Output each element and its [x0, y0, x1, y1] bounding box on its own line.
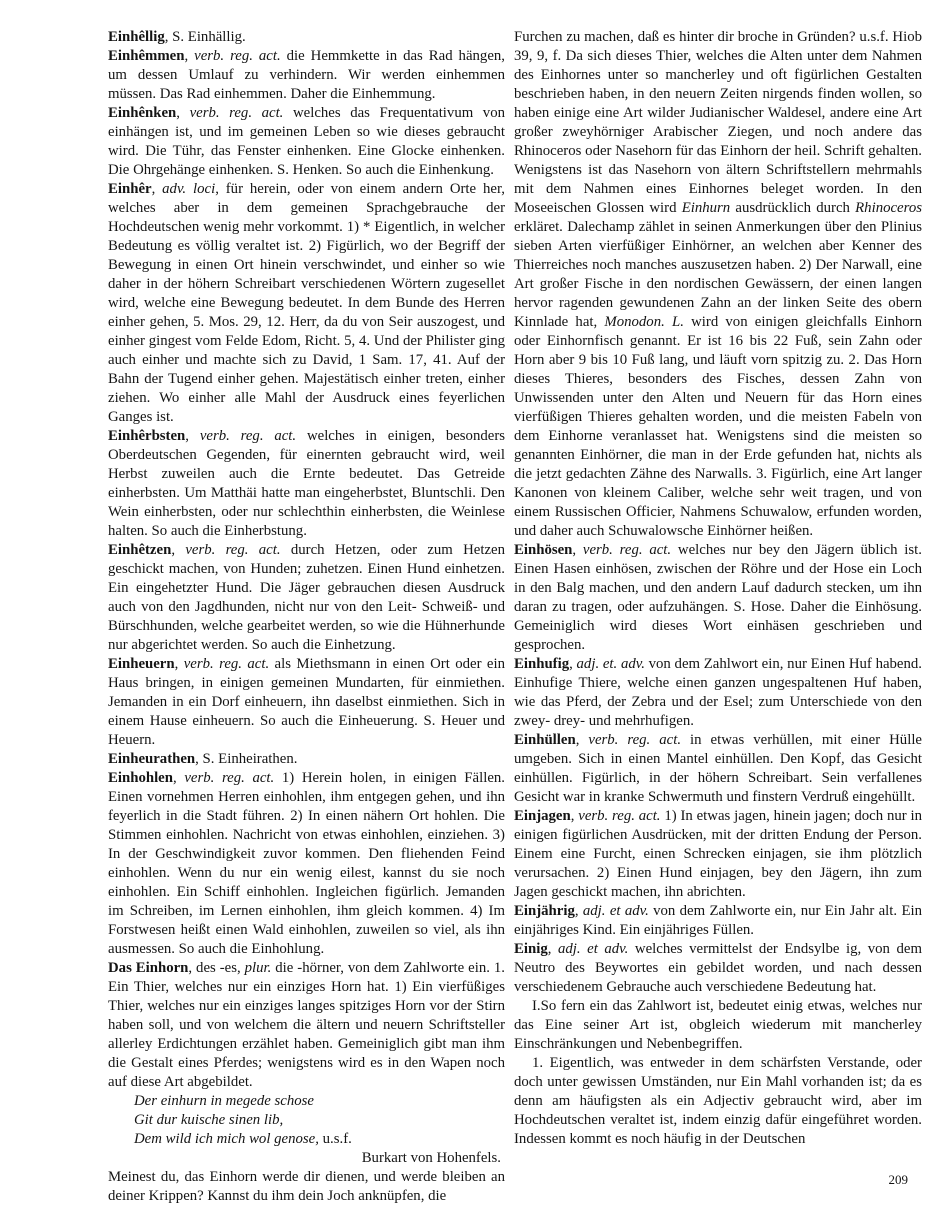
poem-line: Dem wild ich mich wol genose, u.s.f. [108, 1130, 505, 1149]
poem-line: Der einhurn in megede schose [108, 1092, 505, 1111]
body-text: , [185, 428, 200, 444]
dictionary-entry: Einhêmmen, verb. reg. act. die Hemmkette… [108, 47, 505, 104]
dictionary-entry: Einhohlen, verb. reg. act. 1) Herein hol… [108, 769, 505, 959]
headword: Einhêrbsten [108, 428, 185, 444]
body-text: , [176, 105, 189, 121]
body-text: , des -es, [188, 960, 244, 976]
body-text: , [173, 770, 184, 786]
headword: Einhüllen [514, 732, 576, 748]
body-text: , [569, 656, 576, 672]
italic-text: adj. et adv. [583, 903, 649, 919]
italic-text: verb. reg. act. [588, 732, 681, 748]
headword: Einhêmmen [108, 48, 184, 64]
headword: Einhêr [108, 181, 152, 197]
body-text: ausdrücklich durch [730, 200, 855, 216]
body-text: , [576, 732, 589, 748]
dictionary-entry: Einhêr, adv. loci, für herein, oder von … [108, 180, 505, 427]
italic-text: adv. loci [162, 181, 215, 197]
headword: Einhohlen [108, 770, 173, 786]
headword: Einhênken [108, 105, 176, 121]
body-text: Burkart von Hohenfels. [362, 1150, 501, 1166]
body-text: , [548, 941, 558, 957]
italic-text: Der einhurn in megede schose [134, 1093, 314, 1109]
dictionary-entry: Einhêtzen, verb. reg. act. durch Hetzen,… [108, 541, 505, 655]
italic-text: verb. reg. act. [583, 542, 671, 558]
headword: Einjagen [514, 808, 571, 824]
attribution: Burkart von Hohenfels. [108, 1149, 505, 1168]
body-text: , [152, 181, 163, 197]
dictionary-entry: Das Einhorn, des -es, plur. die -hörner,… [108, 959, 505, 1092]
dictionary-page: Einhêllig, S. Einhällig.Einhêmmen, verb.… [0, 0, 935, 1210]
headword: Einhêtzen [108, 542, 171, 558]
headword: Einhösen [514, 542, 572, 558]
headword: Einhufig [514, 656, 569, 672]
dictionary-entry: Einhösen, verb. reg. act. welches nur be… [514, 541, 922, 655]
italic-text: verb. reg. act. [190, 105, 284, 121]
dictionary-entry: Einheurathen, S. Einheirathen. [108, 750, 505, 769]
body-text: , S. Einhällig. [165, 29, 246, 45]
italic-text: verb. reg. act. [578, 808, 660, 824]
body-text: , [184, 48, 194, 64]
headword: Einheurathen [108, 751, 195, 767]
body-text: Meinest du, das Einhorn werde dir dienen… [108, 1169, 505, 1204]
body-text: welches nur bey den Jägern üblich ist. E… [514, 542, 922, 653]
headword: Einheuern [108, 656, 175, 672]
italic-text: Rhinoceros [855, 200, 922, 216]
dictionary-entry: Einhêllig, S. Einhällig. [108, 28, 505, 47]
body-text: die -hörner, von dem Zahlworte ein. 1. E… [108, 960, 505, 1090]
body-text: welches in einigen, besonders Oberdeutsc… [108, 428, 505, 539]
body-text: u.s.f. [319, 1131, 352, 1147]
paragraph: Meinest du, das Einhorn werde dir dienen… [108, 1168, 505, 1206]
italic-text: Monodon. L. [604, 314, 684, 330]
headword: Einig [514, 941, 548, 957]
italic-text: adj. et. adv. [577, 656, 645, 672]
italic-text: verb. reg. act. [194, 48, 281, 64]
dictionary-entry: Einhêrbsten, verb. reg. act. welches in … [108, 427, 505, 541]
dictionary-entry: Einhufig, adj. et. adv. von dem Zahlwort… [514, 655, 922, 731]
body-text: Furchen zu machen, daß es hinter dir bro… [514, 29, 922, 216]
body-text: 1) Herein holen, in einigen Fällen. Eine… [108, 770, 505, 957]
page-number: 209 [858, 1172, 908, 1188]
dictionary-entry: Einhênken, verb. reg. act. welches das F… [108, 104, 505, 180]
italic-text: Git dur kuische sinen lib, [134, 1112, 283, 1128]
dictionary-entry: Einheuern, verb. reg. act. als Miethsman… [108, 655, 505, 750]
italic-text: verb. reg. act. [200, 428, 296, 444]
headword: Das Einhorn [108, 960, 188, 976]
body-text: durch Hetzen, oder zum Hetzen geschickt … [108, 542, 505, 653]
headword: Einhêllig [108, 29, 165, 45]
column-left: Einhêllig, S. Einhällig.Einhêmmen, verb.… [108, 28, 505, 1206]
headword: Einjährig [514, 903, 575, 919]
body-text: , S. Einheirathen. [195, 751, 297, 767]
dictionary-entry: Einjährig, adj. et adv. von dem Zahlwort… [514, 902, 922, 940]
paragraph: Furchen zu machen, daß es hinter dir bro… [514, 28, 922, 541]
italic-text: adj. et adv. [558, 941, 628, 957]
indented-paragraph: 1. Eigentlich, was entweder in dem schär… [514, 1054, 922, 1149]
dictionary-entry: Einjagen, verb. reg. act. 1) In etwas ja… [514, 807, 922, 902]
dictionary-entry: Einig, adj. et adv. welches vermittelst … [514, 940, 922, 997]
italic-text: verb. reg. act. [184, 656, 269, 672]
body-text: wird von einigen gleichfalls Einhorn ode… [514, 314, 922, 539]
italic-text: Dem wild ich mich wol genose, [134, 1131, 319, 1147]
italic-text: Einhurn [682, 200, 731, 216]
body-text: , [171, 542, 185, 558]
column-right: Furchen zu machen, daß es hinter dir bro… [514, 28, 922, 1149]
body-text: , [175, 656, 184, 672]
body-text: 1. Eigentlich, was entweder in dem schär… [514, 1055, 922, 1147]
body-text: I.So fern ein das Zahlwort ist, bedeutet… [514, 998, 922, 1052]
body-text: , [572, 542, 582, 558]
italic-text: verb. reg. act. [185, 542, 280, 558]
body-text: , für herein, oder von einem andern Orte… [108, 181, 505, 425]
italic-text: verb. reg. act. [184, 770, 274, 786]
poem-line: Git dur kuische sinen lib, [108, 1111, 505, 1130]
dictionary-entry: Einhüllen, verb. reg. act. in etwas verh… [514, 731, 922, 807]
body-text: , [575, 903, 583, 919]
italic-text: plur. [245, 960, 272, 976]
indented-paragraph: I.So fern ein das Zahlwort ist, bedeutet… [514, 997, 922, 1054]
